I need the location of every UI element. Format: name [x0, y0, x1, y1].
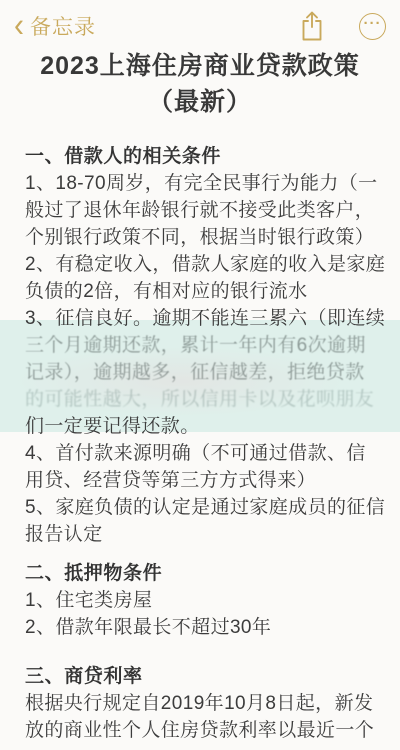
- notes-app-screen: ‹ 备忘录 ··· 2023上海住房商业贷款政策 （最新） 一、借款人的相关条件…: [0, 0, 400, 750]
- note-line: 1、住宅类房屋: [25, 587, 384, 614]
- note-title-line1: 2023上海住房商业贷款政策: [10, 48, 390, 84]
- note-line: 5、家庭负债的认定是通过家庭成员的征信: [25, 494, 384, 521]
- back-button[interactable]: ‹ 备忘录: [14, 11, 96, 41]
- note-line: 们一定要记得还款。: [25, 413, 384, 440]
- note-section: 二、抵押物条件1、住宅类房屋2、借款年限最长不超过30年: [25, 560, 384, 641]
- note-line: 记录），逾期越多，征信越差，拒绝贷款: [25, 359, 384, 386]
- note-line: 般过了退休年龄银行就不接受此类客户，: [25, 197, 384, 224]
- section-heading: 三、商贷利率: [25, 663, 384, 690]
- back-chevron-icon: ‹: [14, 10, 24, 42]
- note-line: 2、借款年限最长不超过30年: [25, 614, 384, 641]
- note-title-line2: （最新）: [10, 84, 390, 120]
- section-heading: 一、借款人的相关条件: [25, 143, 384, 170]
- note-line: 1、18-70周岁，有完全民事行为能力（一: [25, 170, 384, 197]
- note-line: 用贷、经营贷等第三方方式得来）: [25, 467, 384, 494]
- note-line: 根据央行规定自2019年10月8日起，新发: [25, 690, 384, 717]
- nav-bar: ‹ 备忘录 ···: [0, 6, 400, 46]
- ellipsis-more-icon: ···: [364, 15, 382, 32]
- note-title[interactable]: 2023上海住房商业贷款政策 （最新）: [10, 48, 390, 120]
- share-icon[interactable]: [299, 10, 325, 42]
- note-section: 三、商贷利率根据央行规定自2019年10月8日起，新发放的商业性个人住房贷款利率…: [25, 663, 384, 744]
- note-line: 2、有稳定收入，借款人家庭的收入是家庭: [25, 251, 384, 278]
- back-button-label: 备忘录: [30, 11, 96, 41]
- more-options-button[interactable]: ···: [359, 13, 386, 40]
- nav-actions: ···: [299, 10, 386, 42]
- note-line: 4、首付款来源明确（不可通过借款、信: [25, 440, 384, 467]
- note-line: 个别银行政策不同，根据当时银行政策）: [25, 224, 384, 251]
- note-line: 放的商业性个人住房贷款利率以最近一个: [25, 717, 384, 744]
- note-line: 负债的2倍，有相对应的银行流水: [25, 278, 384, 305]
- section-heading: 二、抵押物条件: [25, 560, 384, 587]
- note-body[interactable]: 一、借款人的相关条件1、18-70周岁，有完全民事行为能力（一般过了退休年龄银行…: [25, 143, 384, 744]
- note-line: 3、征信良好。逾期不能连三累六（即连续: [25, 305, 384, 332]
- note-line: 三个月逾期还款，累计一年内有6次逾期: [25, 332, 384, 359]
- note-line: 的可能性越大，所以信用卡以及花呗朋友: [25, 386, 384, 413]
- note-section: 一、借款人的相关条件1、18-70周岁，有完全民事行为能力（一般过了退休年龄银行…: [25, 143, 384, 548]
- note-line: 报告认定: [25, 521, 384, 548]
